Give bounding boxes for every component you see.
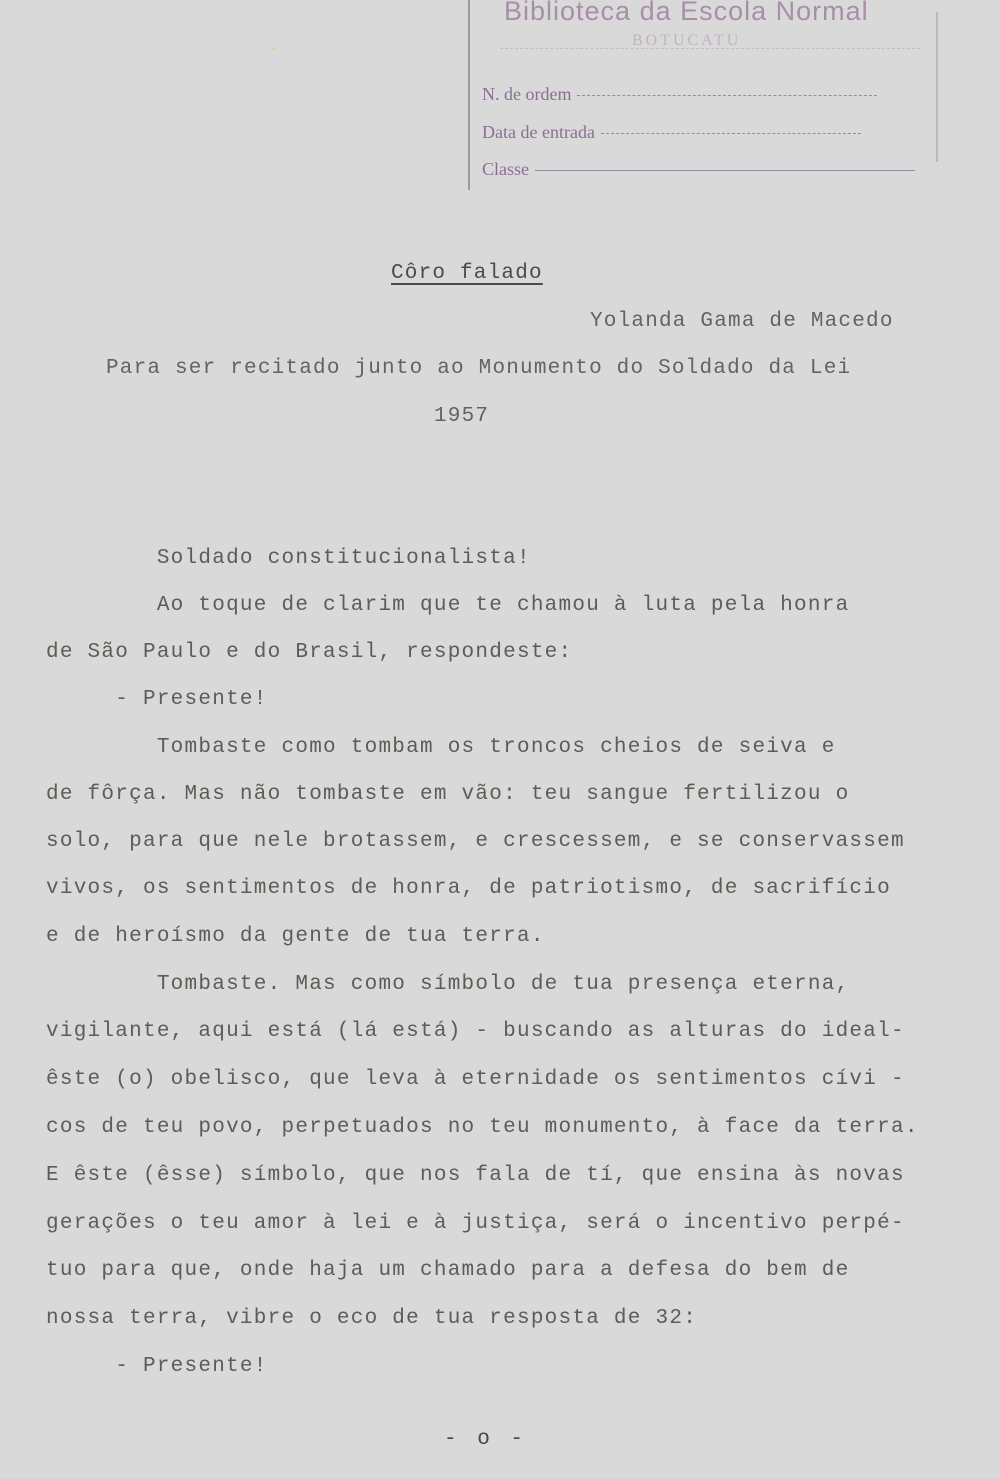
text-line: de São Paulo e do Brasil, respondeste: [46, 641, 572, 664]
text-line: cos de teu povo, perpetuados no teu monu… [46, 1116, 919, 1139]
stamp-field-line [601, 133, 861, 134]
text-line: Tombaste como tombam os troncos cheios d… [46, 736, 836, 759]
stamp-field-label: Data de entrada [482, 122, 595, 142]
stamp-field-label: Classe [482, 159, 529, 179]
end-mark: - o - [444, 1428, 527, 1451]
document-year: 1957 [434, 405, 489, 428]
paper-speck [272, 47, 276, 51]
text-line: vivos, os sentimentos de honra, de patri… [46, 877, 891, 900]
stamp-field-line [535, 170, 915, 171]
document-title: Côro falado [391, 262, 543, 285]
library-stamp: Biblioteca da Escola Normal BOTUCATU N. … [462, 0, 940, 192]
text-line: tuo para que, onde haja um chamado para … [46, 1259, 849, 1282]
stamp-field-class: Classe [482, 159, 915, 180]
stamp-border-left [468, 0, 472, 190]
stamp-field-order-number: N. de ordem [482, 84, 877, 105]
text-line: e de heroísmo da gente de tua terra. [46, 925, 545, 948]
document-author: Yolanda Gama de Macedo [590, 310, 894, 333]
text-line: E êste (êsse) símbolo, que nos fala de t… [46, 1164, 905, 1187]
text-line: gerações o teu amor à lei e à justiça, s… [46, 1212, 905, 1235]
text-line: nossa terra, vibre o eco de tua resposta… [46, 1307, 697, 1330]
stamp-field-entry-date: Data de entrada [482, 122, 861, 143]
stamp-field-line [577, 95, 877, 96]
text-line: - Presente! [46, 1355, 268, 1378]
stamp-field-label: N. de ordem [482, 84, 571, 104]
text-line: solo, para que nele brotassem, e cresces… [46, 830, 905, 853]
text-line: - Presente! [46, 688, 268, 711]
stamp-institution: Biblioteca da Escola Normal [504, 0, 869, 27]
text-line: Tombaste. Mas como símbolo de tua presen… [46, 973, 849, 996]
text-line: Ao toque de clarim que te chamou à luta … [46, 594, 849, 617]
stamp-divider [500, 48, 920, 49]
text-line: de fôrça. Mas não tombaste em vão: teu s… [46, 783, 849, 806]
text-line: vigilante, aqui está (lá está) - buscand… [46, 1020, 905, 1043]
text-line: êste (o) obelisco, que leva à eternidade… [46, 1068, 905, 1091]
text-line: Soldado constitucionalista! [46, 547, 531, 570]
document-subtitle: Para ser recitado junto ao Monumento do … [106, 357, 851, 380]
stamp-border-right [934, 12, 938, 162]
